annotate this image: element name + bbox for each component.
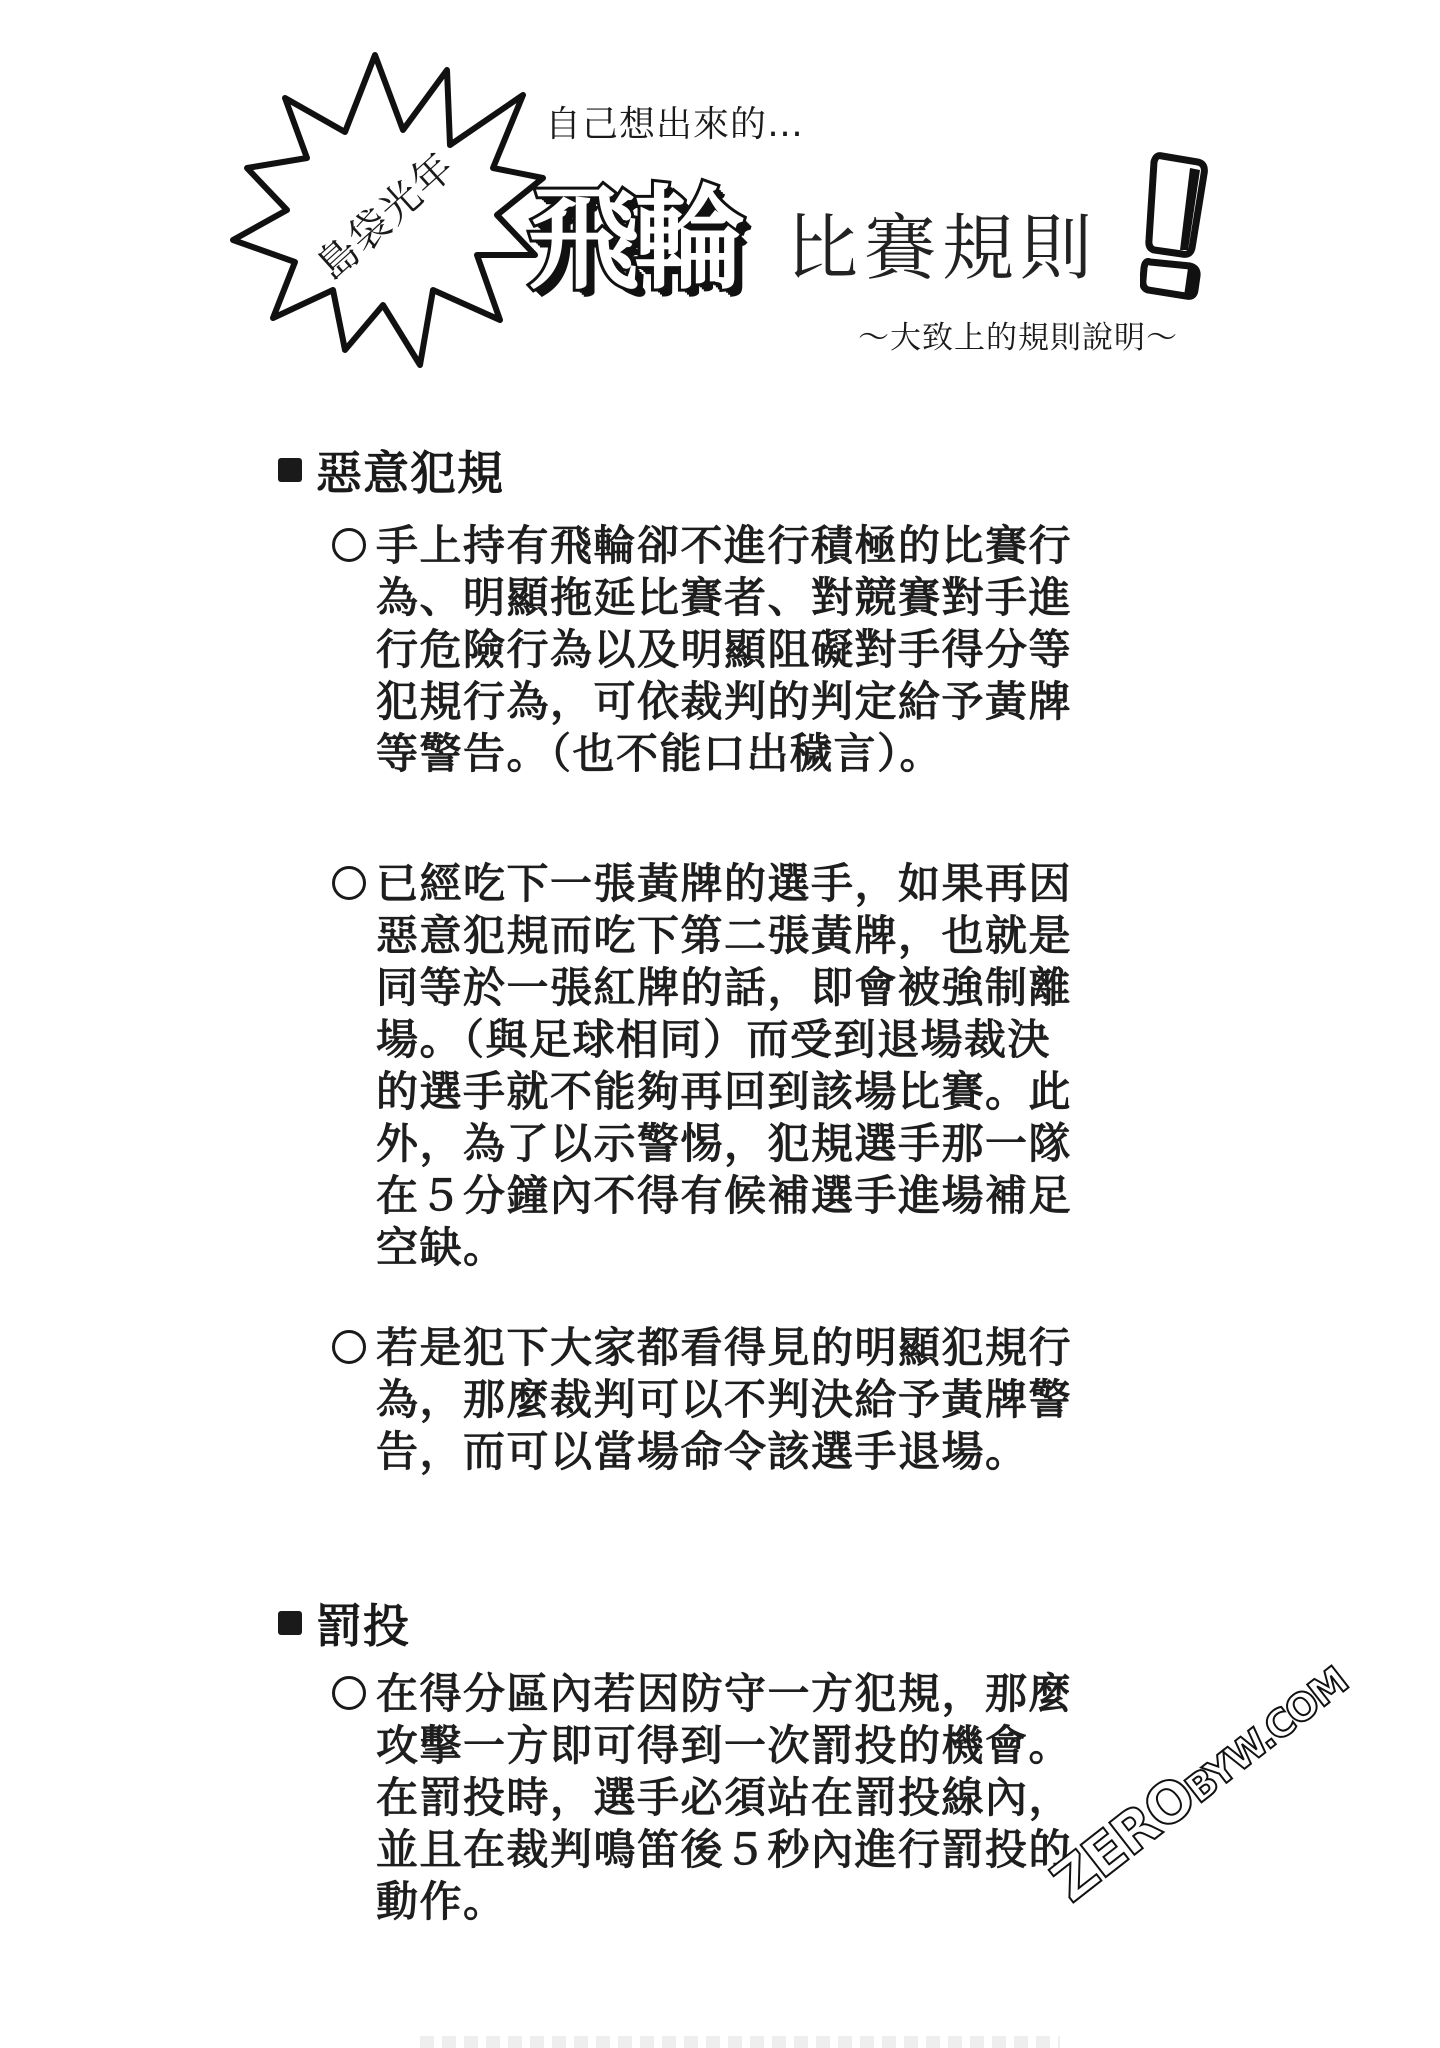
exclamation-icon — [1140, 150, 1210, 300]
rule-item: 手上持有飛輪卻不進行積極的比賽行為、明顯拖延比賽者、對競賽對手進行危險行為以及明… — [332, 520, 1092, 780]
square-bullet-icon — [278, 458, 302, 482]
rule-text: 若是犯下大家都看得見的明顯犯規行為，那麼裁判可以不判決給予黃牌警告，而可以當場命… — [376, 1322, 1092, 1478]
rule-item: 在得分區內若因防守一方犯規，那麼攻擊一方即可得到一次罰投的機會。在罰投時，選手必… — [332, 1668, 1092, 1928]
circle-bullet-icon — [332, 1676, 366, 1710]
title-kicker: 自己想出來的… — [545, 96, 804, 147]
rule-text: 在得分區內若因防守一方犯規，那麼攻擊一方即可得到一次罰投的機會。在罰投時，選手必… — [376, 1668, 1092, 1928]
rule-item: 已經吃下一張黃牌的選手，如果再因惡意犯規而吃下第二張黃牌，也就是同等於一張紅牌的… — [332, 858, 1092, 1274]
rule-text: 手上持有飛輪卻不進行積極的比賽行為、明顯拖延比賽者、對競賽對手進行危險行為以及明… — [376, 520, 1092, 780]
section-heading-text: 惡意犯規 — [316, 437, 504, 503]
rule-text: 已經吃下一張黃牌的選手，如果再因惡意犯規而吃下第二張黃牌，也就是同等於一張紅牌的… — [376, 858, 1092, 1274]
page-title: 比賽規則 — [786, 190, 1098, 294]
page-title-emphasis: 飛輪 — [528, 150, 740, 311]
circle-bullet-icon — [332, 866, 366, 900]
section-heading-penalty-throw: 罰投 — [278, 1590, 410, 1656]
circle-bullet-icon — [332, 528, 366, 562]
square-bullet-icon — [278, 1611, 302, 1635]
rule-item: 若是犯下大家都看得見的明顯犯規行為，那麼裁判可以不判決給予黃牌警告，而可以當場命… — [332, 1322, 1092, 1478]
page-bleed-through — [420, 2036, 1060, 2048]
section-heading-malicious-foul: 惡意犯規 — [278, 437, 504, 503]
watermark-domain: BYW.COM — [1177, 1659, 1355, 1812]
title-subtitle: 〜大致上的規則說明〜 — [858, 312, 1178, 357]
section-heading-text: 罰投 — [316, 1590, 410, 1656]
circle-bullet-icon — [332, 1330, 366, 1364]
